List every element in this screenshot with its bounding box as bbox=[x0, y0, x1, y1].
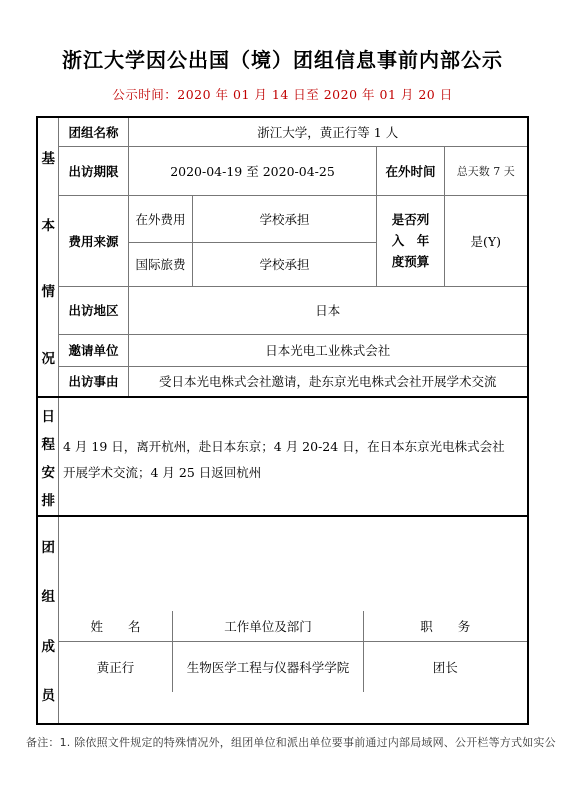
visit-period-label: 出访期限 bbox=[58, 146, 128, 195]
row-members: 团组成员 姓 名 工作单位及部门 职 务 黄正行 生物医学工程与仪器科学学院 团… bbox=[37, 516, 527, 724]
destination-label: 出访地区 bbox=[58, 286, 128, 334]
info-table: 基本情况 团组名称 浙江大学，黄正行等 1 人 出访期限 2020-04-19 … bbox=[36, 116, 528, 725]
total-days-value: 总天数 7 天 bbox=[444, 146, 527, 195]
member-name-header: 姓 名 bbox=[59, 611, 173, 642]
abroad-cost-label: 在外费用 bbox=[128, 195, 192, 242]
itinerary-vertical-label: 日程安排 bbox=[38, 401, 58, 513]
row-group-name: 基本情况 团组名称 浙江大学，黄正行等 1 人 bbox=[37, 117, 527, 146]
members-vertical-label: 团组成员 bbox=[38, 521, 58, 719]
reason-value: 受日本光电株式会社邀请，赴东京光电株式会社开展学术交流 bbox=[128, 366, 527, 397]
funding-source-label: 费用来源 bbox=[58, 195, 128, 286]
destination-value: 日本 bbox=[128, 286, 527, 334]
budget-listed-value: 是(Y) bbox=[444, 195, 527, 286]
budget-listed-label: 是否列 入 年 度预算 bbox=[376, 195, 444, 286]
row-funding-abroad: 费用来源 在外费用 学校承担 是否列 入 年 度预算 是(Y) bbox=[37, 195, 527, 242]
abroad-cost-value: 学校承担 bbox=[192, 195, 376, 242]
members-table: 姓 名 工作单位及部门 职 务 黄正行 生物医学工程与仪器科学学院 团长 bbox=[59, 611, 527, 692]
section-label-itinerary: 日程安排 bbox=[37, 397, 58, 516]
member-duty-header: 职 务 bbox=[364, 611, 527, 642]
member-unit-header: 工作单位及部门 bbox=[173, 611, 364, 642]
page-title: 浙江大学因公出国（境）团组信息事前内部公示 bbox=[0, 0, 565, 74]
group-name-value: 浙江大学，黄正行等 1 人 bbox=[128, 117, 527, 146]
inviter-label: 邀请单位 bbox=[58, 334, 128, 366]
intl-travel-label: 国际旅费 bbox=[128, 242, 192, 286]
itinerary-cell: 4 月 19 日，离开杭州，赴日本东京；4 月 20-24 日，在日本东京光电株… bbox=[58, 397, 527, 516]
member-unit-value: 生物医学工程与仪器科学学院 bbox=[173, 642, 364, 692]
publicity-period: 公示时间：2020 年 01 月 14 日至 2020 年 01 月 20 日 bbox=[0, 87, 565, 103]
section-label-basic-info: 基本情况 bbox=[37, 117, 58, 397]
member-name-value: 黄正行 bbox=[59, 642, 173, 692]
row-itinerary: 日程安排 4 月 19 日，离开杭州，赴日本东京；4 月 20-24 日，在日本… bbox=[37, 397, 527, 516]
reason-label: 出访事由 bbox=[58, 366, 128, 397]
basic-info-vertical-label: 基本情况 bbox=[38, 124, 58, 390]
row-destination: 出访地区 日本 bbox=[37, 286, 527, 334]
members-cell: 姓 名 工作单位及部门 职 务 黄正行 生物医学工程与仪器科学学院 团长 bbox=[58, 516, 527, 724]
inviter-value: 日本光电工业株式会社 bbox=[128, 334, 527, 366]
member-duty-value: 团长 bbox=[364, 642, 527, 692]
section-label-members: 团组成员 bbox=[37, 516, 58, 724]
row-reason: 出访事由 受日本光电株式会社邀请，赴东京光电株式会社开展学术交流 bbox=[37, 366, 527, 397]
visit-period-value: 2020-04-19 至 2020-04-25 bbox=[128, 146, 376, 195]
footnote-text: 备注：1. 除依照文件规定的特殊情况外，组团单位和派出单位要事前通过内部局域网、… bbox=[26, 734, 565, 750]
row-visit-period: 出访期限 2020-04-19 至 2020-04-25 在外时间 总天数 7 … bbox=[37, 146, 527, 195]
group-name-label: 团组名称 bbox=[58, 117, 128, 146]
document-page: 浙江大学因公出国（境）团组信息事前内部公示 公示时间：2020 年 01 月 1… bbox=[0, 0, 565, 800]
intl-travel-value: 学校承担 bbox=[192, 242, 376, 286]
row-inviter: 邀请单位 日本光电工业株式会社 bbox=[37, 334, 527, 366]
time-abroad-label: 在外时间 bbox=[376, 146, 444, 195]
itinerary-text: 4 月 19 日，离开杭州，赴日本东京；4 月 20-24 日，在日本东京光电株… bbox=[59, 427, 527, 486]
